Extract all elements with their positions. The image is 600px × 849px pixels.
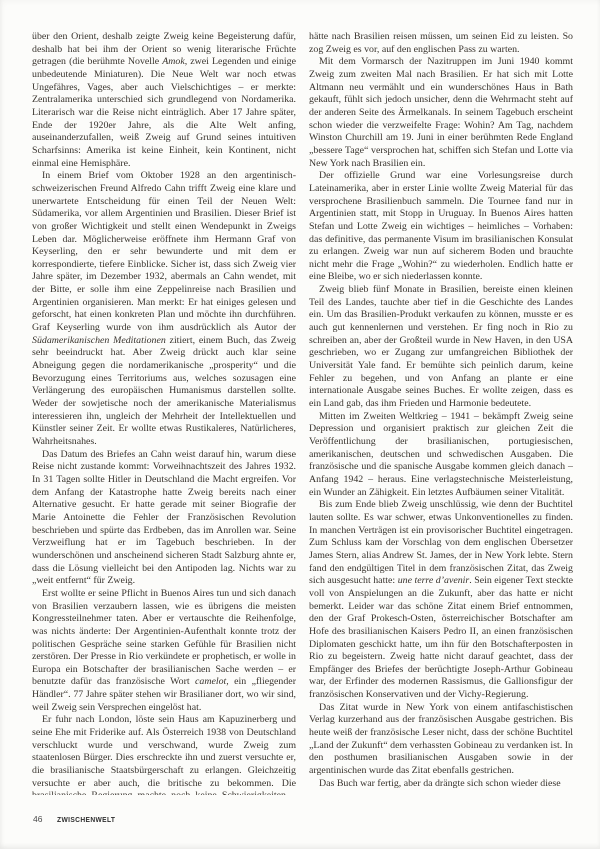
paragraph: Mit dem Vormarsch der Nazitruppen im Jun… (309, 56, 573, 170)
page-footer: 46 ZWISCHENWELT (33, 814, 119, 824)
text-run: Der offizielle Grund war eine Vorlesungs… (309, 170, 573, 282)
paragraph: In einem Brief vom Oktober 1928 an den a… (32, 170, 296, 448)
text-run: . Sein eigener Text steckte voll von Ans… (309, 575, 573, 700)
italic-text-run: Amok (162, 56, 184, 67)
journal-page: über den Orient, deshalb zeigte Zweig ke… (0, 0, 600, 849)
paragraph: Er fuhr nach London, löste sein Haus am … (32, 714, 296, 795)
text-column-right: hätte nach Brasilien reisen müssen, um s… (309, 31, 573, 795)
text-run: Das Zitat wurde in New York von einem an… (309, 702, 573, 776)
italic-text-run: camelot (195, 676, 226, 687)
italic-text-run: Südamerikanischen Meditationen (32, 335, 166, 346)
paragraph: Der offizielle Grund war eine Vorlesungs… (309, 170, 573, 284)
text-run: , zwei Legenden und einige unbedeutende … (32, 56, 296, 168)
italic-text-run: une terre d’avenir (398, 575, 470, 586)
paragraph: Das Zitat wurde in New York von einem an… (309, 702, 573, 778)
paragraph: über den Orient, deshalb zeigte Zweig ke… (32, 31, 296, 170)
text-run: In einem Brief vom Oktober 1928 an den a… (32, 170, 296, 333)
text-column-left: über den Orient, deshalb zeigte Zweig ke… (32, 31, 296, 795)
text-run: Das Datum des Briefes an Cahn weist dara… (32, 449, 296, 587)
paragraph: Zweig blieb fünf Monate in Brasilien, be… (309, 284, 573, 411)
text-run: Das Buch war fertig, aber da drängte sic… (319, 778, 561, 789)
paragraph: Das Buch war fertig, aber da drängte sic… (309, 778, 573, 791)
journal-title: ZWISCHENWELT (57, 817, 115, 824)
paragraph: hätte nach Brasilien reisen müssen, um s… (309, 31, 573, 56)
text-run: Mit dem Vormarsch der Nazitruppen im Jun… (309, 56, 573, 168)
paragraph: Mitten im Zweiten Weltkrieg – 1941 – bek… (309, 411, 573, 500)
text-run: Bis zum Ende blieb Zweig unschlüssig, wi… (309, 499, 573, 586)
article-body: über den Orient, deshalb zeigte Zweig ke… (32, 31, 573, 795)
paragraph: Bis zum Ende blieb Zweig unschlüssig, wi… (309, 499, 573, 702)
text-run: Er fuhr nach London, löste sein Haus am … (32, 714, 296, 795)
text-run: Zweig blieb fünf Monate in Brasilien, be… (309, 284, 573, 409)
text-run: Erst wollte er seine Pflicht in Buenos A… (32, 588, 296, 688)
paragraph: Erst wollte er seine Pflicht in Buenos A… (32, 588, 296, 715)
text-run: Mitten im Zweiten Weltkrieg – 1941 – bek… (309, 411, 573, 498)
text-run: hätte nach Brasilien reisen müssen, um s… (309, 31, 573, 55)
text-run: zitiert, einem Buch, das Zweig sehr beei… (32, 335, 296, 447)
page-number: 46 (33, 814, 42, 824)
paragraph: Das Datum des Briefes an Cahn weist dara… (32, 449, 296, 588)
